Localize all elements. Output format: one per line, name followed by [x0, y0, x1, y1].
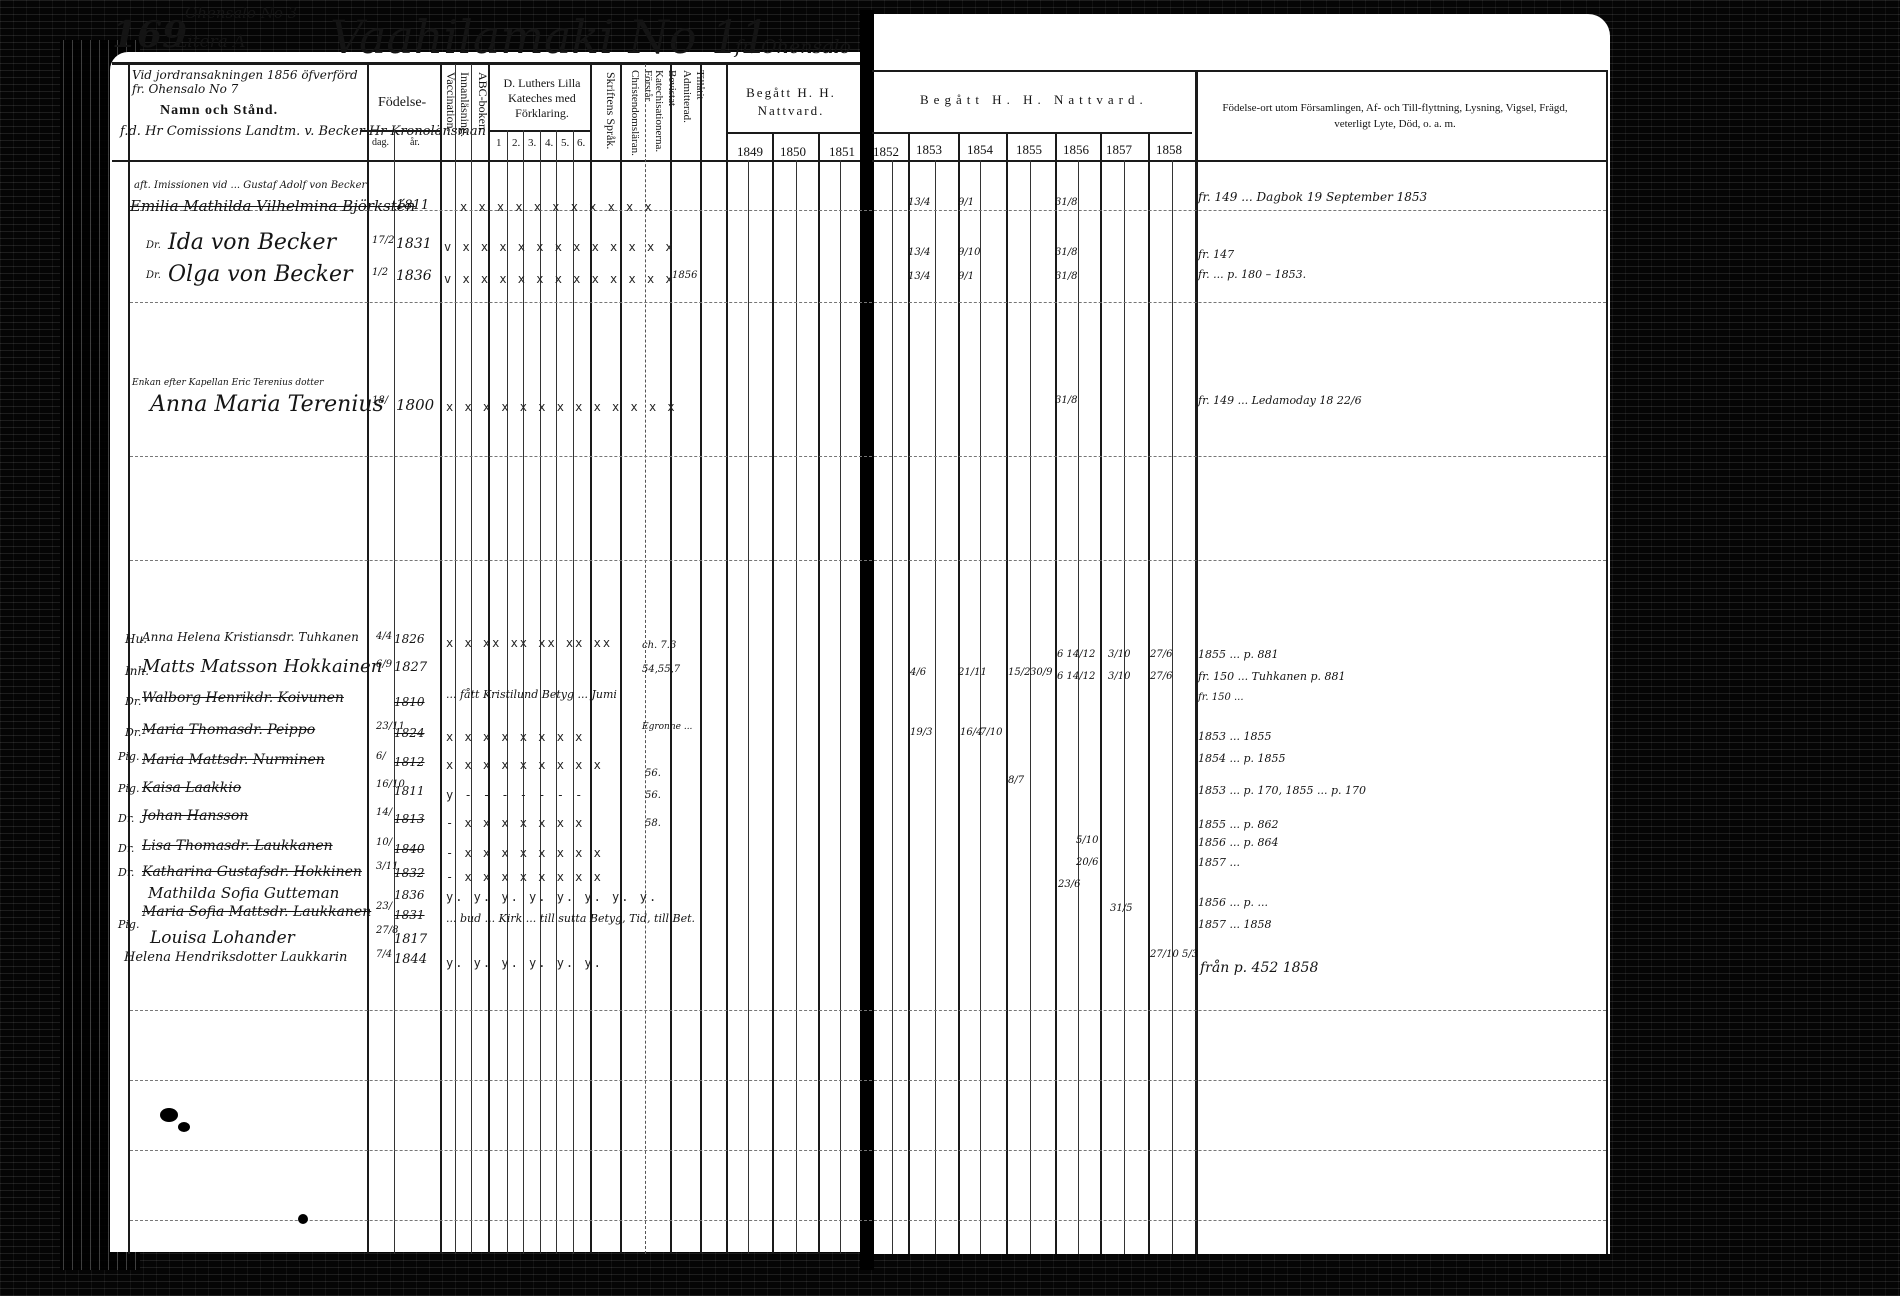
book-gutter [860, 10, 874, 1270]
right-page [872, 14, 1610, 1254]
left-page: Ohensalo No 3 [110, 52, 862, 1252]
